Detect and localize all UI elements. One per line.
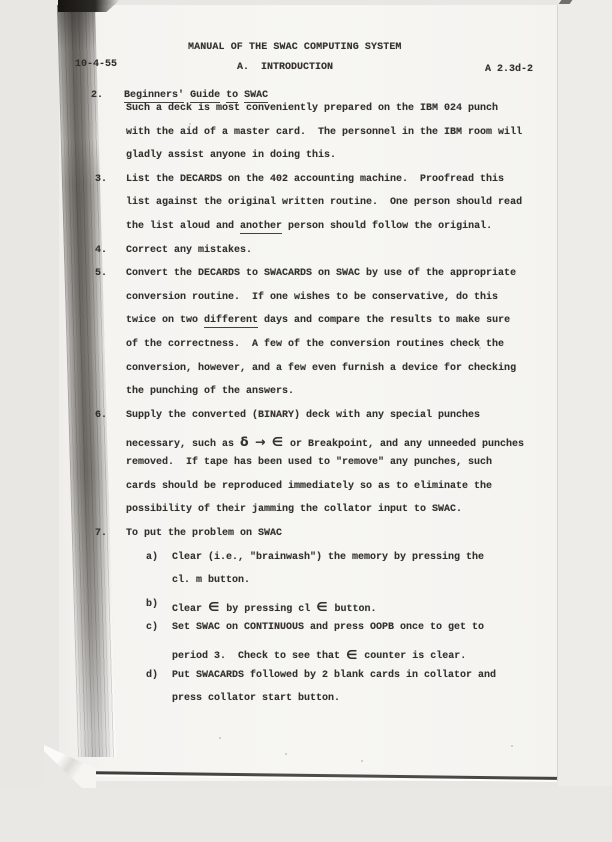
- line-text: conversion routine. If one wishes to be …: [126, 292, 498, 303]
- line-text: Set SWAC on CONTINUOUS and press OOPB on…: [172, 622, 484, 633]
- item-marker: d): [146, 670, 158, 681]
- scan-smudge-top-left: [58, 0, 120, 12]
- line-text: list against the original written routin…: [126, 197, 522, 208]
- text-line: Such a deck is most conveniently prepare…: [59, 97, 557, 121]
- paper-speck: [511, 745, 513, 747]
- special-symbol: ∈: [346, 647, 358, 662]
- line-text: the punching of the answers.: [126, 386, 294, 397]
- line-text: the list aloud and another person should…: [126, 221, 492, 232]
- text-line: the list aloud and another person should…: [59, 215, 557, 239]
- text-line: removed. If tape has been used to "remov…: [59, 451, 557, 475]
- item-marker: 5.: [95, 268, 107, 279]
- text-line: cl. m button.: [59, 569, 557, 593]
- scanner-background-right: [558, 0, 612, 842]
- item-marker: 7.: [95, 528, 107, 539]
- page-title: MANUAL OF THE SWAC COMPUTING SYSTEM: [188, 42, 402, 54]
- line-text: Correct any mistakes.: [126, 245, 252, 256]
- line-text: To put the problem on SWAC: [126, 528, 282, 539]
- item-marker: 3.: [95, 174, 107, 185]
- text-line: possibility of their jamming the collato…: [59, 498, 557, 522]
- text-line: of the correctness. A few of the convers…: [59, 333, 557, 357]
- line-text: Supply the converted (BINARY) deck with …: [126, 410, 480, 421]
- line-text: List the DECARDS on the 402 accounting m…: [126, 174, 504, 185]
- line-text: Clear (i.e., "brainwash") the memory by …: [172, 552, 484, 563]
- line-text: with the aid of a master card. The perso…: [126, 127, 522, 138]
- list-item-line: d)Put SWACARDS followed by 2 blank cards…: [59, 664, 557, 688]
- text-line: press collator start button.: [59, 687, 557, 711]
- line-text: twice on two different days and compare …: [126, 315, 510, 326]
- text-line: conversion routine. If one wishes to be …: [59, 286, 557, 310]
- line-text: cl. m button.: [172, 575, 250, 586]
- section-title: A. INTRODUCTION: [237, 62, 333, 74]
- line-text: period 3. Check to see that ∈ counter is…: [172, 646, 466, 662]
- list-item-line: 4.Correct any mistakes.: [59, 239, 557, 263]
- item-marker: a): [146, 552, 158, 563]
- line-text: necessary, such as δ → ∈ or Breakpoint, …: [126, 434, 524, 450]
- line-text: of the correctness. A few of the convers…: [126, 339, 504, 350]
- list-item-line: 6.Supply the converted (BINARY) deck wit…: [59, 404, 557, 428]
- list-item-line: c)Set SWAC on CONTINUOUS and press OOPB …: [59, 616, 557, 640]
- line-text: press collator start button.: [172, 693, 340, 704]
- line-text: Such a deck is most conveniently prepare…: [126, 103, 498, 114]
- line-text: Put SWACARDS followed by 2 blank cards i…: [172, 670, 496, 681]
- list-item-line: 5.Convert the DECARDS to SWACARDS on SWA…: [59, 262, 557, 286]
- document-body: Such a deck is most conveniently prepare…: [59, 97, 557, 711]
- line-text: conversion, however, and a few even furn…: [126, 363, 516, 374]
- text-line: cards should be reproduced immediately s…: [59, 475, 557, 499]
- text-line: the punching of the answers.: [59, 380, 557, 404]
- special-symbol: ∈: [316, 599, 328, 614]
- list-item-line: 3.List the DECARDS on the 402 accounting…: [59, 168, 557, 192]
- text-line: with the aid of a master card. The perso…: [59, 121, 557, 145]
- list-item-line: a)Clear (i.e., "brainwash") the memory b…: [59, 546, 557, 570]
- special-symbol: δ → ∈: [240, 434, 284, 449]
- text-line: list against the original written routin…: [59, 191, 557, 215]
- page-reference: A 2.3d-2: [485, 64, 533, 76]
- item-marker: 4.: [95, 245, 107, 256]
- item-marker: b): [146, 599, 158, 610]
- line-text: possibility of their jamming the collato…: [126, 504, 462, 515]
- paper-speck: [219, 737, 221, 739]
- scan-viewport: { "colors":{"paper":"#f7f6f3","ink":"#34…: [0, 0, 612, 842]
- date-stamp: 10-4-55: [75, 59, 117, 71]
- line-text: Convert the DECARDS to SWACARDS on SWAC …: [126, 268, 516, 279]
- paper-speck: [361, 760, 363, 762]
- scanned-page: MANUAL OF THE SWAC COMPUTING SYSTEM 10-4…: [59, 5, 558, 781]
- list-item-line: 7.To put the problem on SWAC: [59, 522, 557, 546]
- line-text: removed. If tape has been used to "remov…: [126, 457, 492, 468]
- text-line: necessary, such as δ → ∈ or Breakpoint, …: [59, 428, 557, 452]
- page-bottom-edge: [73, 771, 557, 780]
- line-text: cards should be reproduced immediately s…: [126, 481, 492, 492]
- scanner-background-bottom: [0, 786, 612, 842]
- paper-speck: [285, 753, 287, 755]
- line-text: gladly assist anyone in doing this.: [126, 150, 336, 161]
- special-symbol: ∈: [208, 599, 220, 614]
- item-marker: c): [146, 622, 158, 633]
- item-marker: 6.: [95, 410, 107, 421]
- text-line: gladly assist anyone in doing this.: [59, 144, 557, 168]
- list-item-line: b)Clear ∈ by pressing cl ∈ button.: [59, 593, 557, 617]
- line-text: Clear ∈ by pressing cl ∈ button.: [172, 599, 376, 615]
- text-line: twice on two different days and compare …: [59, 309, 557, 333]
- text-line: conversion, however, and a few even furn…: [59, 357, 557, 381]
- text-line: period 3. Check to see that ∈ counter is…: [59, 640, 557, 664]
